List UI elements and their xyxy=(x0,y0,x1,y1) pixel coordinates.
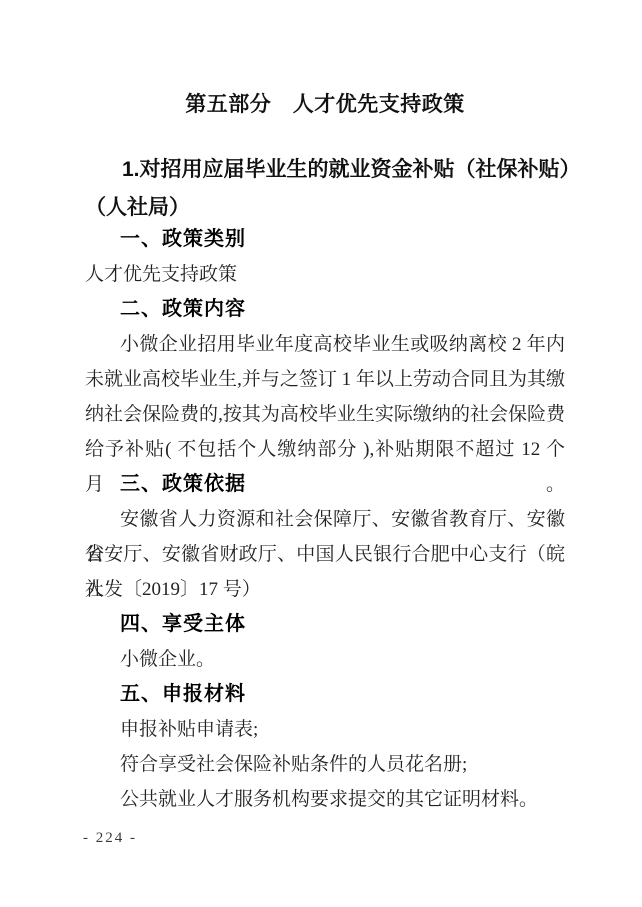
section-2-paragraph-line: 未就业高校毕业生,并与之签订 1 年以上劳动合同且为其缴 xyxy=(85,362,565,397)
section-2-heading: 二、政策内容 xyxy=(85,292,565,327)
section-3-paragraph-line: 公安厅、安徽省财政厅、中国人民银行合肥中心支行（皖人 xyxy=(85,537,565,572)
section-5-material-item: 公共就业人才服务机构要求提交的其它证明材料。 xyxy=(85,782,565,817)
section-2-paragraph-line: 小微企业招用毕业年度高校毕业生或吸纳离校 2 年内 xyxy=(85,327,565,362)
policy-title-line1: 1.对招用应届毕业生的就业资金补贴（社保补贴） xyxy=(85,151,565,189)
part-title: 第五部分 人才优先支持政策 xyxy=(85,88,565,122)
policy-title: 1.对招用应届毕业生的就业资金补贴（社保补贴） （人社局） xyxy=(85,151,565,227)
section-2-paragraph-line: 给予补贴( 不包括个人缴纳部分 ),补贴期限不超过 12 个月。 xyxy=(85,432,565,467)
section-1-text: 人才优先支持政策 xyxy=(85,257,565,292)
section-5-material-item: 申报补贴申请表; xyxy=(85,712,565,747)
section-5-heading: 五、申报材料 xyxy=(85,677,565,712)
page-number: - 224 - xyxy=(83,830,137,847)
section-4-text: 小微企业。 xyxy=(85,642,565,677)
section-3-paragraph-line: 安徽省人力资源和社会保障厅、安徽省教育厅、安徽省 xyxy=(85,502,565,537)
document-body: 一、政策类别 人才优先支持政策 二、政策内容 小微企业招用毕业年度高校毕业生或吸… xyxy=(85,222,565,817)
section-5-material-item: 符合享受社会保险补贴条件的人员花名册; xyxy=(85,747,565,782)
section-4-heading: 四、享受主体 xyxy=(85,607,565,642)
document-page: 第五部分 人才优先支持政策 1.对招用应届毕业生的就业资金补贴（社保补贴） （人… xyxy=(0,0,642,907)
section-2-paragraph-line: 纳社会保险费的,按其为高校毕业生实际缴纳的社会保险费 xyxy=(85,397,565,432)
section-1-heading: 一、政策类别 xyxy=(85,222,565,257)
section-3-paragraph-line: 社发〔2019〕17 号） xyxy=(85,572,565,607)
